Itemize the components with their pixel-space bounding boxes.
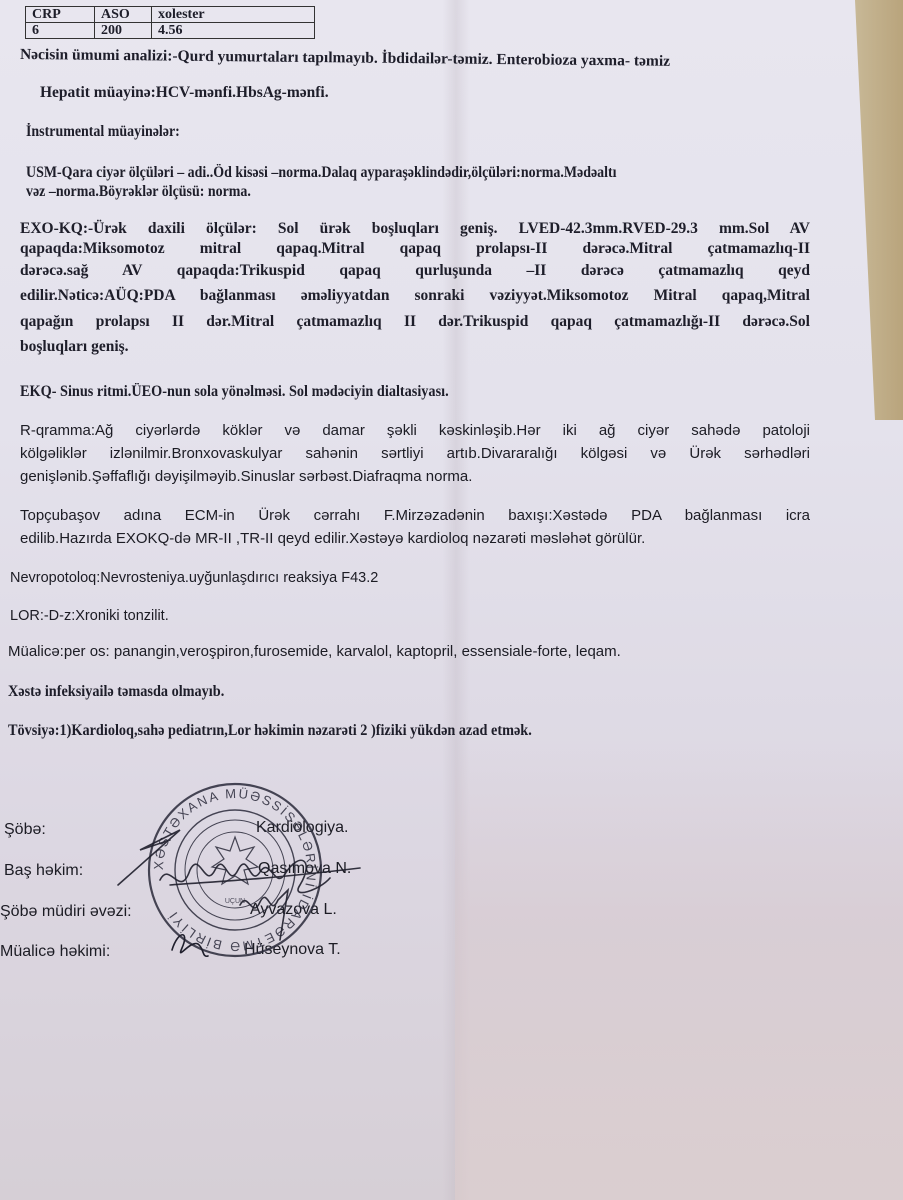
- hepatitis-test: Hepatit müayinə:HCV-mənfi.HbsAg-mənfi.: [40, 84, 329, 102]
- surgeon-line-2: edilib.Hazırda EXOKQ-də MR-II ,TR-II qey…: [20, 530, 645, 547]
- neurologist-result: Nevropotoloq:Nevrosteniya.uyğunlaşdırıcı…: [10, 570, 378, 586]
- paper-shadow: [455, 740, 903, 1200]
- lab-header-cholesterol: xolester: [152, 7, 315, 23]
- echo-line-6: boşluqları geniş.: [20, 338, 129, 356]
- ekg-result: EKQ- Sinus ritmi.ÜEO-nun sola yönəlməsi.…: [20, 383, 449, 401]
- attending-doctor-label: Müalicə həkimi:: [0, 943, 110, 961]
- signature-scribbles-icon: [110, 790, 370, 970]
- department-label: Şöbə:: [4, 821, 46, 839]
- infection-contact: Xəstə infeksiyailə təmasda olmayıb.: [8, 683, 224, 701]
- lab-results-table: CRP ASO xolester 6 200 4.56: [25, 6, 315, 39]
- xray-line-2: kölgəliklər izlənilmir.Bronxovaskulyar s…: [20, 445, 810, 462]
- surgeon-line-1: Topçubaşov adına ECM-in Ürək cərrahı F.M…: [20, 507, 810, 524]
- xray-line-3: genişlənib.Şəffaflığı dəyişilməyib.Sinus…: [20, 468, 472, 485]
- lab-header-aso: ASO: [95, 7, 152, 23]
- lab-value-aso: 200: [95, 23, 152, 39]
- xray-line-1: R-qramma:Ağ ciyərlərdə köklər və damar ş…: [20, 422, 810, 439]
- lab-value-row: 6 200 4.56: [26, 23, 315, 39]
- echo-line-2: qapaqda:Miksomotoz mitral qapaq.Mitral q…: [20, 240, 810, 258]
- chief-doctor-label: Baş həkim:: [4, 862, 83, 880]
- lab-header-row: CRP ASO xolester: [26, 7, 315, 23]
- ent-result: LOR:-D-z:Xroniki tonzilit.: [10, 608, 169, 624]
- echo-line-4: edilir.Nəticə:AÜQ:PDA bağlanması əməliyy…: [20, 287, 810, 305]
- lab-value-cholesterol: 4.56: [152, 23, 315, 39]
- echo-line-5: qapağın prolapsı II dər.Mitral çatmamazl…: [20, 313, 810, 331]
- lab-header-crp: CRP: [26, 7, 95, 23]
- treatment: Müalicə:per os: panangin,veroşpiron,furo…: [8, 643, 621, 660]
- echo-line-3: dərəcə.sağ AV qapaqda:Trikuspid qapaq qu…: [20, 262, 810, 280]
- usm-line-2: vəz –norma.Böyrəklər ölçüsü: norma.: [26, 183, 251, 201]
- echo-line-1: EXO-KQ:-Ürək daxili ölçülər: Sol ürək bo…: [20, 220, 810, 238]
- lab-value-crp: 6: [26, 23, 95, 39]
- instrumental-heading: İnstrumental müayinələr:: [26, 123, 180, 141]
- usm-line-1: USM-Qara ciyər ölçüləri – adi..Öd kisəsi…: [26, 164, 617, 182]
- recommendation: Tövsiyə:1)Kardioloq,sahə pediatrın,Lor h…: [8, 722, 532, 740]
